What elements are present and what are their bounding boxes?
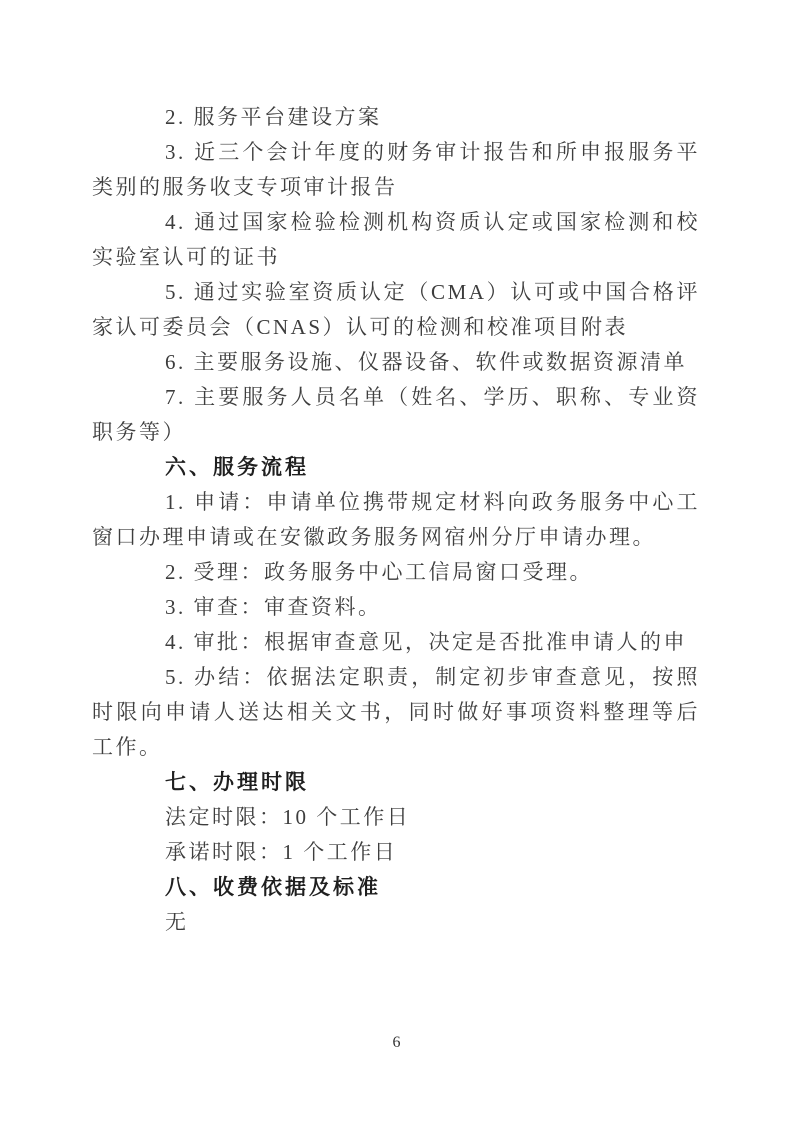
text-line: 法定时限：10 个工作日: [92, 800, 700, 835]
text-line: 4. 通过国家检验检测机构资质认定或国家检测和校准: [92, 205, 700, 240]
text-line: 职务等）: [92, 415, 700, 450]
text-line: 3. 近三个会计年度的财务审计报告和所申报服务平台: [92, 135, 700, 170]
section-heading-service-process: 六、服务流程: [92, 450, 700, 485]
text-line: 时限向申请人送达相关文书，同时做好事项资料整理等后续: [92, 695, 700, 730]
text-line: 类别的服务收支专项审计报告: [92, 170, 700, 205]
text-line: 实验室认可的证书: [92, 240, 700, 275]
text-line: 3. 审查：审查资料。: [92, 590, 700, 625]
document-text-block: 2. 服务平台建设方案 3. 近三个会计年度的财务审计报告和所申报服务平台 类别…: [92, 100, 700, 940]
text-line: 4. 审批：根据审查意见，决定是否批准申请人的申请。: [92, 625, 700, 660]
section-heading-fee-basis: 八、收费依据及标准: [92, 870, 700, 905]
text-line: 工作。: [92, 730, 700, 765]
text-line: 7. 主要服务人员名单（姓名、学历、职称、专业资质、: [92, 380, 700, 415]
document-page: 2. 服务平台建设方案 3. 近三个会计年度的财务审计报告和所申报服务平台 类别…: [0, 0, 793, 1122]
text-line: 2. 服务平台建设方案: [92, 100, 700, 135]
text-line: 承诺时限：1 个工作日: [92, 835, 700, 870]
text-line: 6. 主要服务设施、仪器设备、软件或数据资源清单: [92, 345, 700, 380]
page-number: 6: [0, 1034, 793, 1052]
text-line: 窗口办理申请或在安徽政务服务网宿州分厅申请办理。: [92, 520, 700, 555]
section-heading-processing-time: 七、办理时限: [92, 765, 700, 800]
text-line: 5. 办结：依据法定职责，制定初步审查意见，按照法定: [92, 660, 700, 695]
text-line: 家认可委员会（CNAS）认可的检测和校准项目附表: [92, 310, 700, 345]
text-line: 1. 申请：申请单位携带规定材料向政务服务中心工信局: [92, 485, 700, 520]
text-line: 5. 通过实验室资质认定（CMA）认可或中国合格评定国: [92, 275, 700, 310]
text-line: 2. 受理：政务服务中心工信局窗口受理。: [92, 555, 700, 590]
text-line: 无: [92, 905, 700, 940]
